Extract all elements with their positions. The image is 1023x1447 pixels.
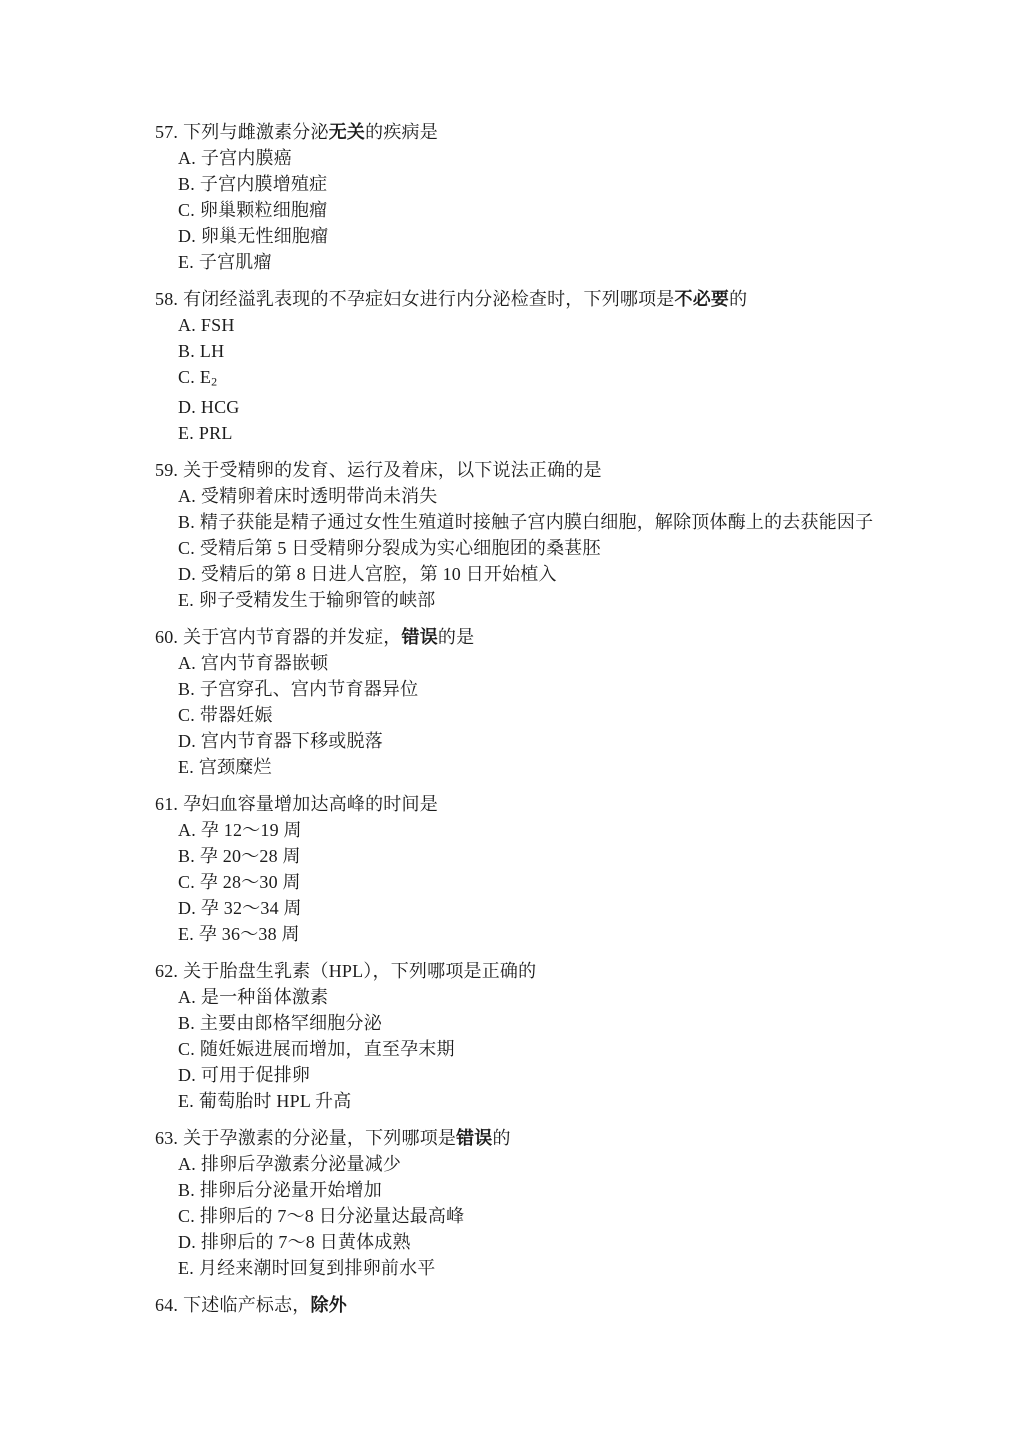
question-block: 60.关于宫内节育器的并发症，错误的是A.宫内节育器嵌顿B.子宫穿孔、宫内节育器… (155, 624, 983, 780)
option-row: E.宫颈糜烂 (155, 754, 983, 780)
question-block: 63.关于孕激素的分泌量，下列哪项是错误的A.排卵后孕激素分泌量减少B.排卵后分… (155, 1125, 983, 1281)
text-segment: 孕 28～30 周 (200, 872, 301, 892)
option-row: D.孕 32～34 周 (155, 895, 983, 921)
option-text: 月经来潮时回复到排卵前水平 (199, 1258, 436, 1278)
option-row: A.子宫内膜癌 (155, 145, 983, 171)
option-text: 子宫内膜癌 (201, 148, 292, 168)
text-segment: 宫内节育器嵌顿 (201, 653, 328, 673)
text-segment: 排卵后孕激素分泌量减少 (201, 1154, 401, 1174)
option-text: 带器妊娠 (200, 705, 273, 725)
text-segment: LH (200, 341, 224, 361)
option-row: E.卵子受精发生于输卵管的峡部 (155, 587, 983, 613)
question-number: 58. (155, 289, 178, 309)
option-label: B. (178, 174, 195, 194)
option-row: A.FSH (155, 312, 983, 338)
option-label: C. (178, 1206, 195, 1226)
emphasis-text: 除外 (311, 1295, 347, 1315)
option-row: D.HCG (155, 394, 983, 420)
option-label: D. (178, 226, 196, 246)
question-block: 58.有闭经溢乳表现的不孕症妇女进行内分泌检查时，下列哪项是不必要的A.FSHB… (155, 286, 983, 446)
text-segment: 精子获能是精子通过女性生殖道时接触子宫内膜白细胞，解除顶体酶上的去获能因子 (200, 512, 873, 532)
option-row: C.卵巢颗粒细胞瘤 (155, 197, 983, 223)
option-row: C.排卵后的 7～8 日分泌量达最高峰 (155, 1203, 983, 1229)
text-segment: 可用于促排卵 (201, 1065, 310, 1085)
option-row: A.排卵后孕激素分泌量减少 (155, 1151, 983, 1177)
option-text: 卵巢无性细胞瘤 (201, 226, 328, 246)
text-segment: 月经来潮时回复到排卵前水平 (199, 1258, 436, 1278)
text-segment: 孕 36～38 周 (199, 924, 300, 944)
option-text: 受精后的第 8 日进人宫腔，第 10 日开始植入 (201, 564, 557, 584)
text-segment: PRL (199, 423, 233, 443)
option-label: B. (178, 679, 195, 699)
option-row: C.受精后第 5 日受精卵分裂成为实心细胞团的桑葚胚 (155, 535, 983, 561)
question-number: 60. (155, 627, 178, 647)
text-segment: 关于孕激素的分泌量，下列哪项是 (183, 1128, 456, 1148)
text-segment: 随妊娠进展而增加，直至孕末期 (200, 1039, 455, 1059)
option-label: C. (178, 872, 195, 892)
option-row: B.LH (155, 338, 983, 364)
option-row: B.主要由郎格罕细胞分泌 (155, 1010, 983, 1036)
option-text: 宫内节育器嵌顿 (201, 653, 328, 673)
option-text: 孕 32～34 周 (201, 898, 302, 918)
option-label: B. (178, 846, 195, 866)
option-text: 子宫内膜增殖症 (200, 174, 327, 194)
option-text: PRL (199, 423, 233, 443)
option-row: C.E2 (155, 364, 983, 394)
emphasis-text: 不必要 (675, 289, 730, 309)
text-segment: 有闭经溢乳表现的不孕症妇女进行内分泌检查时，下列哪项是 (183, 289, 674, 309)
option-row: A.宫内节育器嵌顿 (155, 650, 983, 676)
question-number: 61. (155, 794, 178, 814)
option-text: 卵子受精发生于输卵管的峡部 (199, 590, 436, 610)
text-segment: 受精卵着床时透明带尚未消失 (201, 486, 438, 506)
option-text: 是一种甾体激素 (201, 987, 328, 1007)
option-label: E. (178, 252, 194, 272)
option-text: FSH (201, 315, 235, 335)
option-row: B.排卵后分泌量开始增加 (155, 1177, 983, 1203)
exam-page: 57.下列与雌激素分泌无关的疾病是A.子宫内膜癌B.子宫内膜增殖症C.卵巢颗粒细… (0, 0, 1023, 1447)
option-label: C. (178, 705, 195, 725)
text-segment: 的是 (438, 627, 474, 647)
option-label: C. (178, 200, 195, 220)
option-label: B. (178, 1013, 195, 1033)
option-text: 孕 20～28 周 (200, 846, 301, 866)
option-row: E.PRL (155, 420, 983, 446)
option-row: B.孕 20～28 周 (155, 843, 983, 869)
subscript-text: 2 (211, 374, 217, 388)
text-segment: 是一种甾体激素 (201, 987, 328, 1007)
text-segment: 排卵后分泌量开始增加 (200, 1180, 382, 1200)
option-row: C.孕 28～30 周 (155, 869, 983, 895)
option-label: B. (178, 341, 195, 361)
text-segment: 子宫肌瘤 (199, 252, 272, 272)
option-text: 排卵后分泌量开始增加 (200, 1180, 382, 1200)
option-text: 子宫穿孔、宫内节育器异位 (200, 679, 418, 699)
text-segment: 卵巢无性细胞瘤 (201, 226, 328, 246)
option-row: E.葡萄胎时 HPL 升高 (155, 1088, 983, 1114)
text-segment: 孕 12～19 周 (201, 820, 302, 840)
option-row: E.子宫肌瘤 (155, 249, 983, 275)
option-text: 可用于促排卵 (201, 1065, 310, 1085)
text-segment: 关于胎盘生乳素（HPL），下列哪项是正确的 (183, 961, 536, 981)
option-label: D. (178, 731, 196, 751)
option-text: 孕 36～38 周 (199, 924, 300, 944)
option-row: A.受精卵着床时透明带尚未消失 (155, 483, 983, 509)
question-block: 64.下述临产标志，除外 (155, 1292, 983, 1318)
option-label: E. (178, 1258, 194, 1278)
option-text: 主要由郎格罕细胞分泌 (200, 1013, 382, 1033)
option-row: B.精子获能是精子通过女性生殖道时接触子宫内膜白细胞，解除顶体酶上的去获能因子 (155, 509, 983, 535)
text-segment: 下列与雌激素分泌 (183, 122, 329, 142)
option-row: A.孕 12～19 周 (155, 817, 983, 843)
question-stem: 57.下列与雌激素分泌无关的疾病是 (155, 119, 983, 145)
option-text: 受精后第 5 日受精卵分裂成为实心细胞团的桑葚胚 (200, 538, 601, 558)
option-row: C.随妊娠进展而增加，直至孕末期 (155, 1036, 983, 1062)
option-label: E. (178, 590, 194, 610)
text-segment: 关于受精卵的发育、运行及着床，以下说法正确的是 (183, 460, 602, 480)
option-row: A.是一种甾体激素 (155, 984, 983, 1010)
option-label: D. (178, 1065, 196, 1085)
option-row: D.宫内节育器下移或脱落 (155, 728, 983, 754)
text-segment: 孕 20～28 周 (200, 846, 301, 866)
text-segment: 宫颈糜烂 (199, 757, 272, 777)
option-text: 受精卵着床时透明带尚未消失 (201, 486, 438, 506)
text-segment: E (200, 367, 211, 387)
option-label: B. (178, 512, 195, 532)
option-text: 排卵后的 7～8 日分泌量达最高峰 (200, 1206, 464, 1226)
text-segment: 的 (729, 289, 747, 309)
option-label: A. (178, 1154, 196, 1174)
option-label: D. (178, 397, 196, 417)
text-segment: 宫内节育器下移或脱落 (201, 731, 383, 751)
question-stem: 61.孕妇血容量增加达高峰的时间是 (155, 791, 983, 817)
option-text: 宫内节育器下移或脱落 (201, 731, 383, 751)
option-label: A. (178, 148, 196, 168)
text-segment: 下述临产标志， (183, 1295, 310, 1315)
text-segment: 的疾病是 (365, 122, 438, 142)
option-label: D. (178, 1232, 196, 1252)
text-segment: 子宫内膜增殖症 (200, 174, 327, 194)
text-segment: 主要由郎格罕细胞分泌 (200, 1013, 382, 1033)
option-text: HCG (201, 397, 240, 417)
option-text: LH (200, 341, 224, 361)
text-segment: 孕 32～34 周 (201, 898, 302, 918)
option-label: E. (178, 423, 194, 443)
question-stem: 58.有闭经溢乳表现的不孕症妇女进行内分泌检查时，下列哪项是不必要的 (155, 286, 983, 312)
option-row: D.可用于促排卵 (155, 1062, 983, 1088)
option-label: E. (178, 924, 194, 944)
question-stem: 64.下述临产标志，除外 (155, 1292, 983, 1318)
question-block: 57.下列与雌激素分泌无关的疾病是A.子宫内膜癌B.子宫内膜增殖症C.卵巢颗粒细… (155, 119, 983, 275)
option-label: D. (178, 564, 196, 584)
text-segment: 卵巢颗粒细胞瘤 (200, 200, 327, 220)
option-label: C. (178, 538, 195, 558)
option-text: 葡萄胎时 HPL 升高 (199, 1091, 352, 1111)
option-label: D. (178, 898, 196, 918)
option-text: 排卵后的 7～8 日黄体成熟 (201, 1232, 411, 1252)
text-segment: 子宫穿孔、宫内节育器异位 (200, 679, 418, 699)
question-block: 59.关于受精卵的发育、运行及着床，以下说法正确的是A.受精卵着床时透明带尚未消… (155, 457, 983, 613)
option-row: C.带器妊娠 (155, 702, 983, 728)
question-block: 61.孕妇血容量增加达高峰的时间是A.孕 12～19 周B.孕 20～28 周C… (155, 791, 983, 947)
text-segment: 卵子受精发生于输卵管的峡部 (199, 590, 436, 610)
question-stem: 62.关于胎盘生乳素（HPL），下列哪项是正确的 (155, 958, 983, 984)
option-row: D.受精后的第 8 日进人宫腔，第 10 日开始植入 (155, 561, 983, 587)
option-text: 精子获能是精子通过女性生殖道时接触子宫内膜白细胞，解除顶体酶上的去获能因子 (200, 512, 873, 532)
option-text: 孕 12～19 周 (201, 820, 302, 840)
text-segment: 排卵后的 7～8 日分泌量达最高峰 (200, 1206, 464, 1226)
option-label: E. (178, 1091, 194, 1111)
text-segment: 葡萄胎时 HPL 升高 (199, 1091, 352, 1111)
option-row: B.子宫内膜增殖症 (155, 171, 983, 197)
question-stem: 59.关于受精卵的发育、运行及着床，以下说法正确的是 (155, 457, 983, 483)
option-label: A. (178, 315, 196, 335)
option-label: B. (178, 1180, 195, 1200)
option-label: A. (178, 653, 196, 673)
option-label: A. (178, 987, 196, 1007)
option-row: B.子宫穿孔、宫内节育器异位 (155, 676, 983, 702)
option-label: A. (178, 486, 196, 506)
text-segment: 受精后的第 8 日进人宫腔，第 10 日开始植入 (201, 564, 557, 584)
text-segment: HCG (201, 397, 240, 417)
question-number: 57. (155, 122, 178, 142)
question-number: 59. (155, 460, 178, 480)
emphasis-text: 错误 (456, 1128, 492, 1148)
emphasis-text: 无关 (329, 122, 365, 142)
option-label: E. (178, 757, 194, 777)
text-segment: 带器妊娠 (200, 705, 273, 725)
text-segment: 子宫内膜癌 (201, 148, 292, 168)
option-text: 孕 28～30 周 (200, 872, 301, 892)
text-segment: 受精后第 5 日受精卵分裂成为实心细胞团的桑葚胚 (200, 538, 601, 558)
text-segment: 关于宫内节育器的并发症， (183, 627, 401, 647)
option-row: E.孕 36～38 周 (155, 921, 983, 947)
question-list: 57.下列与雌激素分泌无关的疾病是A.子宫内膜癌B.子宫内膜增殖症C.卵巢颗粒细… (155, 119, 983, 1329)
question-stem: 60.关于宫内节育器的并发症，错误的是 (155, 624, 983, 650)
option-row: D.卵巢无性细胞瘤 (155, 223, 983, 249)
option-text: 随妊娠进展而增加，直至孕末期 (200, 1039, 455, 1059)
option-label: C. (178, 1039, 195, 1059)
option-text: 宫颈糜烂 (199, 757, 272, 777)
question-number: 64. (155, 1295, 178, 1315)
question-number: 63. (155, 1128, 178, 1148)
option-row: D.排卵后的 7～8 日黄体成熟 (155, 1229, 983, 1255)
option-text: 卵巢颗粒细胞瘤 (200, 200, 327, 220)
emphasis-text: 错误 (402, 627, 438, 647)
option-text: 子宫肌瘤 (199, 252, 272, 272)
option-text: E2 (200, 367, 217, 387)
text-segment: 排卵后的 7～8 日黄体成熟 (201, 1232, 411, 1252)
question-stem: 63.关于孕激素的分泌量，下列哪项是错误的 (155, 1125, 983, 1151)
text-segment: 的 (493, 1128, 511, 1148)
option-label: C. (178, 367, 195, 387)
text-segment: FSH (201, 315, 235, 335)
option-label: A. (178, 820, 196, 840)
text-segment: 孕妇血容量增加达高峰的时间是 (183, 794, 438, 814)
option-row: E.月经来潮时回复到排卵前水平 (155, 1255, 983, 1281)
question-block: 62.关于胎盘生乳素（HPL），下列哪项是正确的A.是一种甾体激素B.主要由郎格… (155, 958, 983, 1114)
option-text: 排卵后孕激素分泌量减少 (201, 1154, 401, 1174)
question-number: 62. (155, 961, 178, 981)
